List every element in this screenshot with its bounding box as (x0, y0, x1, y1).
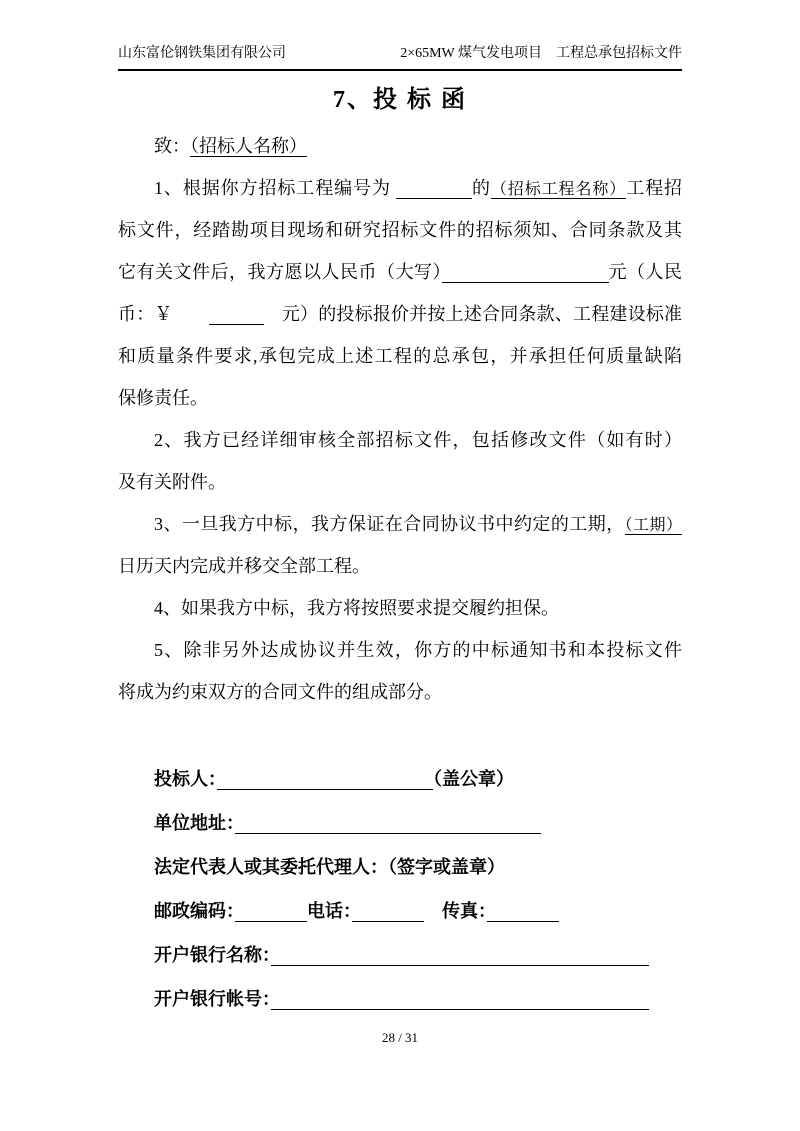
text-run: 邮政编码： (154, 901, 235, 921)
fill-in-blank-underline (235, 813, 541, 834)
fill-in-blank-underline (442, 262, 609, 283)
text-line: 4、如果我方中标，我方将按照要求提交履约担保。 (118, 587, 682, 629)
text-line: 开户银行帐号： (118, 977, 682, 1021)
text-run: 工程招 (626, 178, 682, 198)
text-run: 日历天内完成并移交全部工程。 (118, 556, 370, 576)
text-line: 日历天内完成并移交全部工程。 (118, 545, 682, 587)
fill-in-blank-underline: （招标工程名称） (491, 181, 626, 199)
text-run: 将成为约束双方的合同文件的组成部分。 (118, 682, 442, 702)
company-name: 山东富伦钢铁集团有限公司 (118, 45, 286, 63)
text-line: 它有关文件后，我方愿以人民币（大写） 元（人民 (118, 251, 682, 293)
text-run: 它有关文件后，我方愿以人民币（大写） (118, 262, 442, 282)
fill-in-blank-underline (209, 304, 264, 325)
text-line: 致：（招标人名称） (118, 125, 682, 167)
text-line: 邮政编码： 电话： 传真： (118, 889, 682, 933)
page-number: 28 / 31 (0, 1030, 800, 1046)
text-line: 2、我方已经详细审核全部招标文件，包括修改文件（如有时） (118, 419, 682, 461)
text-run: 4、如果我方中标，我方将按照要求提交履约担保。 (154, 598, 559, 618)
text-run: 开户银行帐号： (154, 989, 271, 1009)
text-line: 3、一旦我方中标，我方保证在合同协议书中约定的工期，（工期） (118, 503, 682, 545)
section-title: 7、投 标 函 (118, 85, 682, 115)
fill-in-blank-underline (396, 178, 472, 199)
text-run: 保修责任。 (118, 388, 208, 408)
fill-in-blank-underline: （工期） (625, 517, 682, 535)
text-run: 和质量条件要求,承包完成上述工程的总承包，并承担任何质量缺陷 (118, 346, 682, 366)
fill-in-blank-underline: （招标人名称） (190, 136, 307, 157)
page-content: 山东富伦钢铁集团有限公司 2×65MW 煤气发电项目 工程总承包招标文件 7、投… (0, 0, 800, 1021)
text-line: 币：￥ 元）的投标报价并按上述合同条款、工程建设标准 (118, 293, 682, 335)
text-run: 元）的投标报价并按上述合同条款、工程建设标准 (282, 304, 682, 324)
text-run: 币：￥ (118, 304, 173, 324)
text-run: 1、根据你方招标工程编号为 (154, 178, 396, 198)
text-run: 法定代表人或其委托代理人：（签字或盖章） (154, 857, 505, 877)
text-line: 标文件，经踏勘项目现场和研究招标文件的招标须知、合同条款及其 (118, 209, 682, 251)
letter-body: 致：（招标人名称）1、根据你方招标工程编号为 的（招标工程名称）工程招标文件，经… (118, 125, 682, 713)
fill-in-blank-underline (235, 901, 307, 922)
text-line: 保修责任。 (118, 377, 682, 419)
text-line: 开户银行名称： (118, 933, 682, 977)
text-run: 标文件，经踏勘项目现场和研究招标文件的招标须知、合同条款及其 (118, 220, 682, 240)
text-run: 的 (472, 178, 491, 198)
text-line: 1、根据你方招标工程编号为 的（招标工程名称）工程招 (118, 167, 682, 209)
fill-in-blank-underline (271, 945, 649, 966)
signature-block: 投标人： （盖公章）单位地址： 法定代表人或其委托代理人：（签字或盖章）邮政编码… (118, 757, 682, 1021)
text-line: 和质量条件要求,承包完成上述工程的总承包，并承担任何质量缺陷 (118, 335, 682, 377)
text-run: 及有关附件。 (118, 472, 226, 492)
text-line: 5、除非另外达成协议并生效，你方的中标通知书和本投标文件 (118, 629, 682, 671)
page-header: 山东富伦钢铁集团有限公司 2×65MW 煤气发电项目 工程总承包招标文件 (118, 0, 682, 71)
text-line: 投标人： （盖公章） (118, 757, 682, 801)
fill-in-blank-underline (487, 901, 559, 922)
text-line: 法定代表人或其委托代理人：（签字或盖章） (118, 845, 682, 889)
text-run: 致： (154, 136, 190, 156)
document-page: 山东富伦钢铁集团有限公司 2×65MW 煤气发电项目 工程总承包招标文件 7、投… (0, 0, 800, 1131)
text-line: 单位地址： (118, 801, 682, 845)
text-run (264, 304, 282, 324)
text-run: 电话： (307, 901, 352, 921)
text-run: 5、除非另外达成协议并生效，你方的中标通知书和本投标文件 (154, 640, 682, 660)
text-run: 3、一旦我方中标，我方保证在合同协议书中约定的工期， (154, 514, 625, 534)
fill-in-blank-underline (217, 769, 433, 790)
fill-in-blank-underline (271, 989, 649, 1010)
text-line: 及有关附件。 (118, 461, 682, 503)
text-run: （盖公章） (433, 769, 514, 789)
text-run: 传真： (424, 901, 487, 921)
text-run: 元（人民 (609, 262, 683, 282)
text-run: 投标人： (154, 769, 217, 789)
text-run: 单位地址： (154, 813, 235, 833)
text-run (173, 304, 209, 324)
document-title: 2×65MW 煤气发电项目 工程总承包招标文件 (400, 45, 682, 63)
text-run: 开户银行名称： (154, 945, 271, 965)
fill-in-blank-underline (352, 901, 424, 922)
text-line: 将成为约束双方的合同文件的组成部分。 (118, 671, 682, 713)
text-run: 2、我方已经详细审核全部招标文件，包括修改文件（如有时） (154, 430, 682, 450)
